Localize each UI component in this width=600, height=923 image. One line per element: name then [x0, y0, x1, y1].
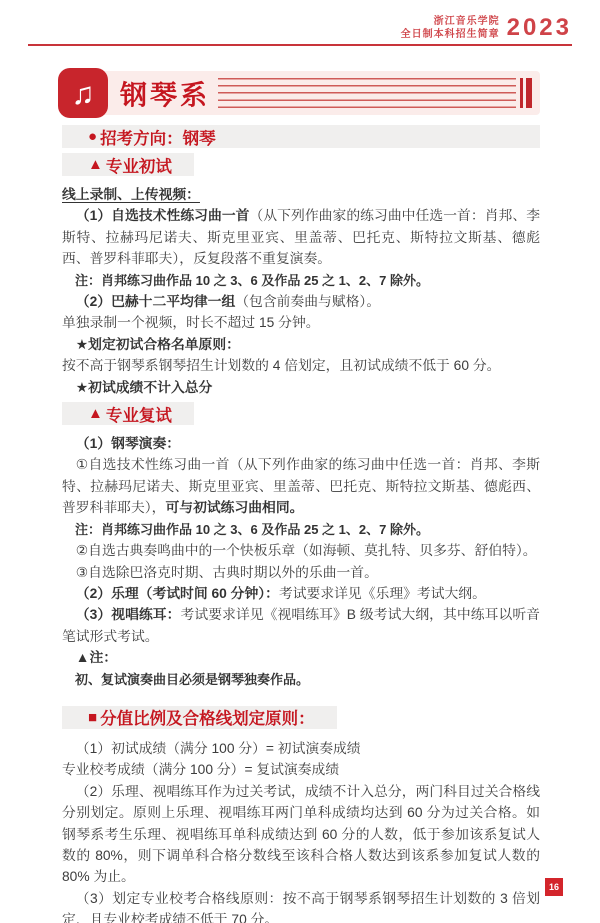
department-name: 钢琴系 — [120, 74, 210, 113]
preliminary-item-2: （2）巴赫十二平均律一组（包含前奏曲与赋格）。 — [62, 291, 540, 312]
square-bullet-icon: ■ — [88, 710, 97, 725]
section-retest-exam: ▲ 专业复试 — [62, 402, 194, 425]
retest-exam-body: （1）钢琴演奏： ①自选技术性练习曲一首（从下列作曲家的练习曲中任选一首：肖邦、… — [62, 433, 540, 690]
retest-sub-2: ②自选古典奏鸣曲中的一个快板乐章（如海顿、莫扎特、贝多芬、舒伯特）。 — [62, 540, 540, 561]
section-score-rules-label: 分值比例及合格线划定原则： — [100, 705, 315, 729]
page-number: 16 — [549, 882, 559, 892]
score-rule-1b: 专业校考成绩（满分 100 分）= 复试演奏成绩 — [62, 759, 540, 780]
retest-sub-1: ①自选技术性练习曲一首（从下列作曲家的练习曲中任选一首：肖邦、李斯特、拉赫玛尼诺… — [62, 454, 540, 518]
section-retest-exam-label: 专业复试 — [106, 402, 172, 426]
document-header: 浙江音乐学院 全日制本科招生简章 2023 — [0, 0, 600, 41]
retest-sub-3: ③自选除巴洛克时期、古典时期以外的乐曲一首。 — [62, 562, 540, 583]
preliminary-star-rule-title: ★划定初试合格名单原则： — [62, 334, 540, 355]
header-org-block: 浙江音乐学院 全日制本科招生简章 — [401, 15, 500, 41]
retest-note-1: 注：肖邦练习曲作品 10 之 3、6 及作品 25 之 1、2、7 除外。 — [62, 519, 540, 540]
section-preliminary-exam: ▲ 专业初试 — [62, 153, 194, 176]
department-title-block: ♫ 钢琴系 — [58, 68, 538, 118]
retest-item-3: （3）视唱练耳：考试要求详见《视唱练耳》B 级考试大纲，其中练耳以听音笔试形式考… — [62, 604, 540, 647]
score-rule-2: （2）乐理、视唱练耳作为过关考试，成绩不计入总分，两门科目过关合格线分别划定。原… — [62, 781, 540, 888]
score-rules-body: （1）初试成绩（满分 100 分）= 初试演奏成绩 专业校考成绩（满分 100 … — [62, 738, 540, 923]
retest-item-2: （2）乐理（考试时间 60 分钟）：考试要求详见《乐理》考试大纲。 — [62, 583, 540, 604]
barline-thin — [520, 78, 523, 108]
preliminary-item-2-extra: 单独录制一个视频，时长不超过 15 分钟。 — [62, 312, 540, 333]
staff-lines — [218, 78, 516, 108]
triangle-bullet-icon: ▲ — [88, 406, 103, 421]
page-number-badge: 16 — [545, 878, 563, 896]
section-admission-direction: ● 招考方向：钢琴 — [62, 125, 540, 148]
year-label: 2023 — [507, 16, 572, 40]
score-rule-3: （3）划定专业校考合格线原则：按不高于钢琴系钢琴招生计划数的 3 倍划定，且专业… — [62, 888, 540, 923]
preliminary-star-note: ★初试成绩不计入总分 — [62, 377, 540, 398]
preliminary-exam-body: 线上录制、上传视频： （1）自选技术性练习曲一首（从下列作曲家的练习曲中任选一首… — [62, 184, 540, 398]
triangle-bullet-icon: ▲ — [88, 157, 103, 172]
header-divider — [28, 44, 572, 46]
section-admission-direction-label: 招考方向：钢琴 — [100, 125, 216, 149]
section-preliminary-exam-label: 专业初试 — [106, 153, 172, 177]
brochure-page: 浙江音乐学院 全日制本科招生简章 2023 ♫ 钢琴系 ● 招考方向：钢琴 ▲ … — [0, 0, 600, 923]
brochure-title: 全日制本科招生简章 — [401, 28, 500, 41]
section-score-rules: ■ 分值比例及合格线划定原则： — [62, 706, 337, 729]
retest-note-2-title: ▲注： — [62, 647, 540, 668]
score-rule-1: （1）初试成绩（满分 100 分）= 初试演奏成绩 — [62, 738, 540, 759]
staff-lines-decoration — [218, 78, 532, 108]
retest-item-1-title: （1）钢琴演奏： — [62, 433, 540, 454]
preliminary-star-rule-body: 按不高于钢琴系钢琴招生计划数的 4 倍划定，且初试成绩不低于 60 分。 — [62, 355, 540, 376]
circle-bullet-icon: ● — [88, 129, 97, 144]
preliminary-intro: 线上录制、上传视频： — [62, 184, 540, 205]
org-name: 浙江音乐学院 — [401, 15, 500, 28]
barline-thick — [526, 78, 532, 108]
preliminary-note-1: 注：肖邦练习曲作品 10 之 3、6 及作品 25 之 1、2、7 除外。 — [62, 270, 540, 291]
preliminary-item-1: （1）自选技术性练习曲一首（从下列作曲家的练习曲中任选一首：肖邦、李斯特、拉赫玛… — [62, 205, 540, 269]
music-note-icon: ♫ — [58, 68, 108, 118]
retest-note-2-body: 初、复试演奏曲目必须是钢琴独奏作品。 — [62, 669, 540, 690]
